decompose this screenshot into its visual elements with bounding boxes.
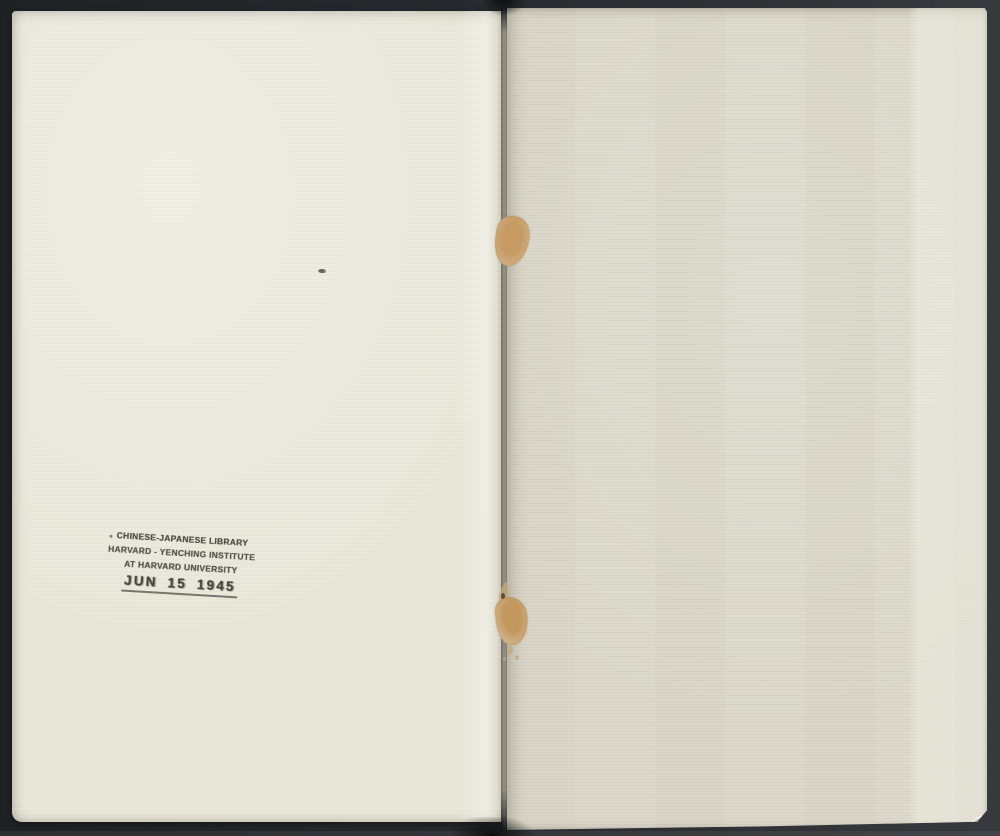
stain-speckle (515, 655, 519, 660)
left-page: CHINESE-JAPANESE LIBRARY HARVARD - YENCH… (12, 11, 504, 822)
stain-speckle (506, 645, 515, 656)
stain-bottom (494, 580, 536, 672)
gutter-shade-bottom (452, 817, 532, 836)
right-page (505, 8, 987, 830)
ink-speck (318, 269, 326, 273)
book-scan: CHINESE-JAPANESE LIBRARY HARVARD - YENCH… (0, 0, 1000, 836)
stain-speckle (503, 657, 506, 661)
stain-dark-speck (501, 593, 505, 599)
gutter-shade-top (483, 0, 525, 15)
page-edge-strip (908, 8, 987, 830)
stain-blob (493, 595, 531, 647)
library-stamp: CHINESE-JAPANESE LIBRARY HARVARD - YENCH… (98, 528, 263, 600)
gutter-shadow (501, 8, 507, 831)
